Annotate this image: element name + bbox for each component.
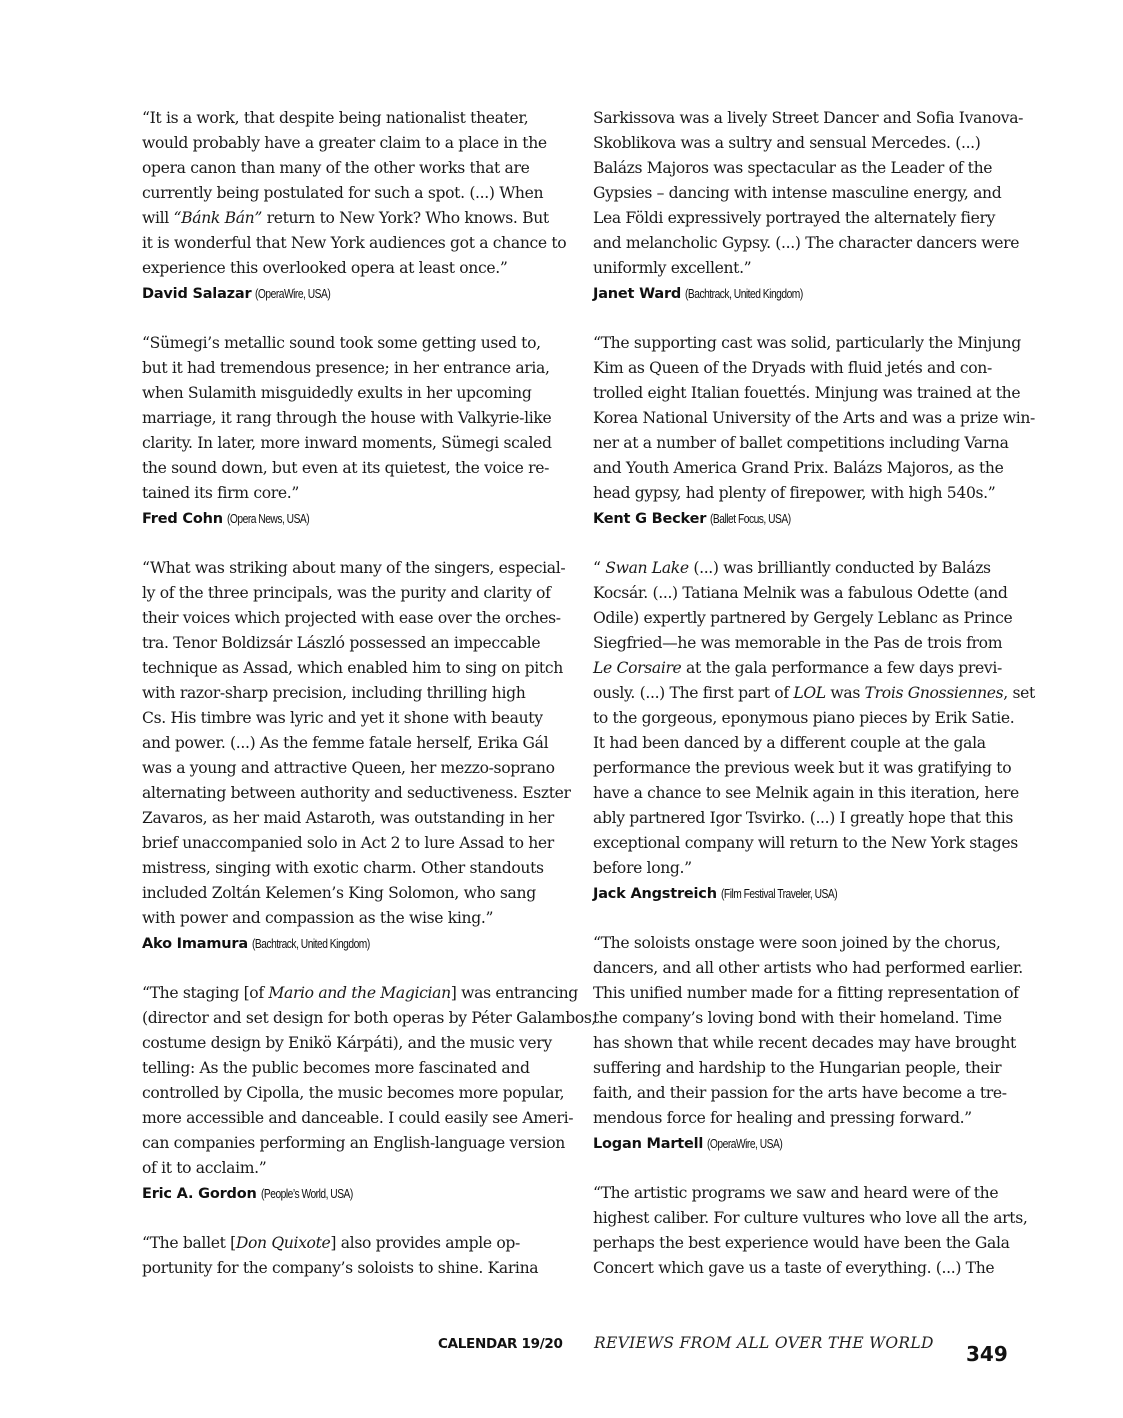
review-text-line: highest caliber. For culture vultures wh… (593, 1206, 1023, 1231)
review-text-line: Concert which gave us a taste of everyth… (593, 1256, 1023, 1281)
review-text-line: (director and set design for both operas… (142, 1006, 562, 1031)
italic-title: Swan Lake (605, 559, 689, 577)
review-text-line: currently being postulated for such a sp… (142, 181, 562, 206)
review-text-line: their voices which projected with ease o… (142, 606, 562, 631)
review-text-line: brief unaccompanied solo in Act 2 to lur… (142, 831, 562, 856)
review-source: (Ballet Focus, USA) (710, 507, 791, 532)
review-text-line: mendous force for healing and pressing f… (593, 1106, 1023, 1131)
page-number: 349 (966, 1342, 1008, 1366)
review-text-line: with power and compassion as the wise ki… (142, 906, 562, 931)
review-text-line: exceptional company will return to the N… (593, 831, 1023, 856)
reviewer-name: David Salazar (142, 286, 251, 302)
review-text-line: faith, and their passion for the arts ha… (593, 1081, 1023, 1106)
review-text-line: controlled by Cipolla, the music becomes… (142, 1081, 562, 1106)
review-text-line: portunity for the company’s soloists to … (142, 1256, 562, 1281)
review-text-line: “What was striking about many of the sin… (142, 556, 562, 581)
review-text-line: Le Corsaire at the gala performance a fe… (593, 656, 1023, 681)
review-text-line: head gypsy, had plenty of firepower, wit… (593, 481, 1023, 506)
review-text-line: “The supporting cast was solid, particul… (593, 331, 1023, 356)
review-credit: Kent G Becker (Ballet Focus, USA) (593, 506, 1023, 531)
review-text-line: experience this overlooked opera at leas… (142, 256, 562, 281)
review-text-line: the sound down, but even at its quietest… (142, 456, 562, 481)
review-credit: Eric A. Gordon (People’s World, USA) (142, 1181, 562, 1206)
review-text-line: tained its firm core.” (142, 481, 562, 506)
review-text-line: It had been danced by a different couple… (593, 731, 1023, 756)
review-text-line: Lea Földi expressively portrayed the alt… (593, 206, 1023, 231)
reviewer-name: Eric A. Gordon (142, 1186, 257, 1202)
review-text-line: ously. (...) The first part of LOL was T… (593, 681, 1023, 706)
review-text-line: This unified number made for a fitting r… (593, 981, 1023, 1006)
review-text-line: when Sulamith misguidedly exults in her … (142, 381, 562, 406)
review-source: (OperaWire, USA) (255, 282, 330, 307)
review-text-line: Skoblikova was a sultry and sensual Merc… (593, 131, 1023, 156)
review-text-line: “ Swan Lake (...) was brilliantly conduc… (593, 556, 1023, 581)
review-text-line: Balázs Majoros was spectacular as the Le… (593, 156, 1023, 181)
review-text-line: telling: As the public becomes more fasc… (142, 1056, 562, 1081)
review-text-line: performance the previous week but it was… (593, 756, 1023, 781)
review-credit: Jack Angstreich (Film Festival Traveler,… (593, 881, 1023, 906)
review-text-line: suffering and hardship to the Hungarian … (593, 1056, 1023, 1081)
review-block: “It is a work, that despite being nation… (142, 106, 562, 306)
review-text-line: “The soloists onstage were soon joined b… (593, 931, 1023, 956)
review-block: “ Swan Lake (...) was brilliantly conduc… (593, 556, 1023, 906)
review-text-line: uniformly excellent.” (593, 256, 1023, 281)
review-text-line: technique as Assad, which enabled him to… (142, 656, 562, 681)
review-block: “The artistic programs we saw and heard … (593, 1181, 1023, 1281)
italic-title: LOL (793, 684, 825, 702)
review-block: “Sümegi’s metallic sound took some getti… (142, 331, 562, 531)
review-block: “The staging [of Mario and the Magician]… (142, 981, 562, 1206)
review-source: (Bachtrack, United Kingdom) (252, 932, 370, 957)
review-text-line: Siegfried—he was memorable in the Pas de… (593, 631, 1023, 656)
review-text-line: the company’s loving bond with their hom… (593, 1006, 1023, 1031)
italic-title: Trois Gnossiennes (865, 684, 1004, 702)
review-text-line: more accessible and danceable. I could e… (142, 1106, 562, 1131)
review-text-line: but it had tremendous presence; in her e… (142, 356, 562, 381)
review-text-line: Korea National University of the Arts an… (593, 406, 1023, 431)
reviewer-name: Jack Angstreich (593, 886, 717, 902)
italic-title: “Bánk Bán” (174, 209, 262, 227)
reviewer-name: Logan Martell (593, 1136, 703, 1152)
reviewer-name: Ako Imamura (142, 936, 248, 952)
review-text-line: Cs. His timbre was lyric and yet it shon… (142, 706, 562, 731)
review-text-line: of it to acclaim.” (142, 1156, 562, 1181)
review-credit: Janet Ward (Bachtrack, United Kingdom) (593, 281, 1023, 306)
review-text-line: clarity. In later, more inward moments, … (142, 431, 562, 456)
review-text-line: would probably have a greater claim to a… (142, 131, 562, 156)
reviewer-name: Kent G Becker (593, 511, 706, 527)
review-text-line: it is wonderful that New York audiences … (142, 231, 562, 256)
review-credit: Fred Cohn (Opera News, USA) (142, 506, 562, 531)
review-text-line: Zavaros, as her maid Astaroth, was outst… (142, 806, 562, 831)
review-text-line: “The artistic programs we saw and heard … (593, 1181, 1023, 1206)
review-text-line: Gypsies – dancing with intense masculine… (593, 181, 1023, 206)
review-text-line: “Sümegi’s metallic sound took some getti… (142, 331, 562, 356)
italic-title: Le Corsaire (593, 659, 681, 677)
review-block: Sarkissova was a lively Street Dancer an… (593, 106, 1023, 306)
review-source: (People’s World, USA) (261, 1182, 353, 1207)
review-source: (Bachtrack, United Kingdom) (685, 282, 803, 307)
review-text-line: “The ballet [Don Quixote] also provides … (142, 1231, 562, 1256)
review-text-line: marriage, it rang through the house with… (142, 406, 562, 431)
review-text-line: before long.” (593, 856, 1023, 881)
review-source: (OperaWire, USA) (707, 1132, 782, 1157)
review-text-line: Sarkissova was a lively Street Dancer an… (593, 106, 1023, 131)
review-text-line: included Zoltán Kelemen’s King Solomon, … (142, 881, 562, 906)
review-text-line: alternating between authority and seduct… (142, 781, 562, 806)
review-text-line: Odile) expertly partnered by Gergely Leb… (593, 606, 1023, 631)
review-source: (Film Festival Traveler, USA) (721, 882, 837, 907)
footer-calendar-label: CALENDAR 19/20 (438, 1336, 563, 1352)
review-block: “The ballet [Don Quixote] also provides … (142, 1231, 562, 1281)
review-source: (Opera News, USA) (227, 507, 309, 532)
review-block: “The supporting cast was solid, particul… (593, 331, 1023, 531)
review-text-line: opera canon than many of the other works… (142, 156, 562, 181)
left-column: “It is a work, that despite being nation… (142, 106, 562, 1306)
review-credit: David Salazar (OperaWire, USA) (142, 281, 562, 306)
review-text-line: “It is a work, that despite being nation… (142, 106, 562, 131)
review-text-line: tra. Tenor Boldizsár László possessed an… (142, 631, 562, 656)
italic-title: Mario and the Magician (268, 984, 450, 1002)
review-text-line: have a chance to see Melnik again in thi… (593, 781, 1023, 806)
reviewer-name: Fred Cohn (142, 511, 223, 527)
footer-section-title: REVIEWS FROM ALL OVER THE WORLD (594, 1334, 934, 1352)
review-text-line: mistress, singing with exotic charm. Oth… (142, 856, 562, 881)
review-credit: Ako Imamura (Bachtrack, United Kingdom) (142, 931, 562, 956)
review-block: “The soloists onstage were soon joined b… (593, 931, 1023, 1156)
review-text-line: was a young and attractive Queen, her me… (142, 756, 562, 781)
review-text-line: with razor-sharp precision, including th… (142, 681, 562, 706)
review-credit: Logan Martell (OperaWire, USA) (593, 1131, 1023, 1156)
italic-title: Don Quixote (236, 1234, 331, 1252)
review-text-line: dancers, and all other artists who had p… (593, 956, 1023, 981)
review-text-line: and Youth America Grand Prix. Balázs Maj… (593, 456, 1023, 481)
review-text-line: “The staging [of Mario and the Magician]… (142, 981, 562, 1006)
review-text-line: and power. (...) As the femme fatale her… (142, 731, 562, 756)
right-column: Sarkissova was a lively Street Dancer an… (593, 106, 1023, 1306)
review-text-line: costume design by Enikö Kárpáti), and th… (142, 1031, 562, 1056)
review-text-line: has shown that while recent decades may … (593, 1031, 1023, 1056)
review-text-line: Kocsár. (...) Tatiana Melnik was a fabul… (593, 581, 1023, 606)
review-text-line: trolled eight Italian fouettés. Minjung … (593, 381, 1023, 406)
reviewer-name: Janet Ward (593, 286, 681, 302)
review-text-line: and melancholic Gypsy. (...) The charact… (593, 231, 1023, 256)
review-text-line: ably partnered Igor Tsvirko. (...) I gre… (593, 806, 1023, 831)
review-text-line: can companies performing an English-lang… (142, 1131, 562, 1156)
review-text-line: will “Bánk Bán” return to New York? Who … (142, 206, 562, 231)
review-text-line: ner at a number of ballet competitions i… (593, 431, 1023, 456)
review-text-line: perhaps the best experience would have b… (593, 1231, 1023, 1256)
review-block: “What was striking about many of the sin… (142, 556, 562, 956)
review-text-line: ly of the three principals, was the puri… (142, 581, 562, 606)
review-text-line: to the gorgeous, eponymous piano pieces … (593, 706, 1023, 731)
review-text-line: Kim as Queen of the Dryads with fluid je… (593, 356, 1023, 381)
